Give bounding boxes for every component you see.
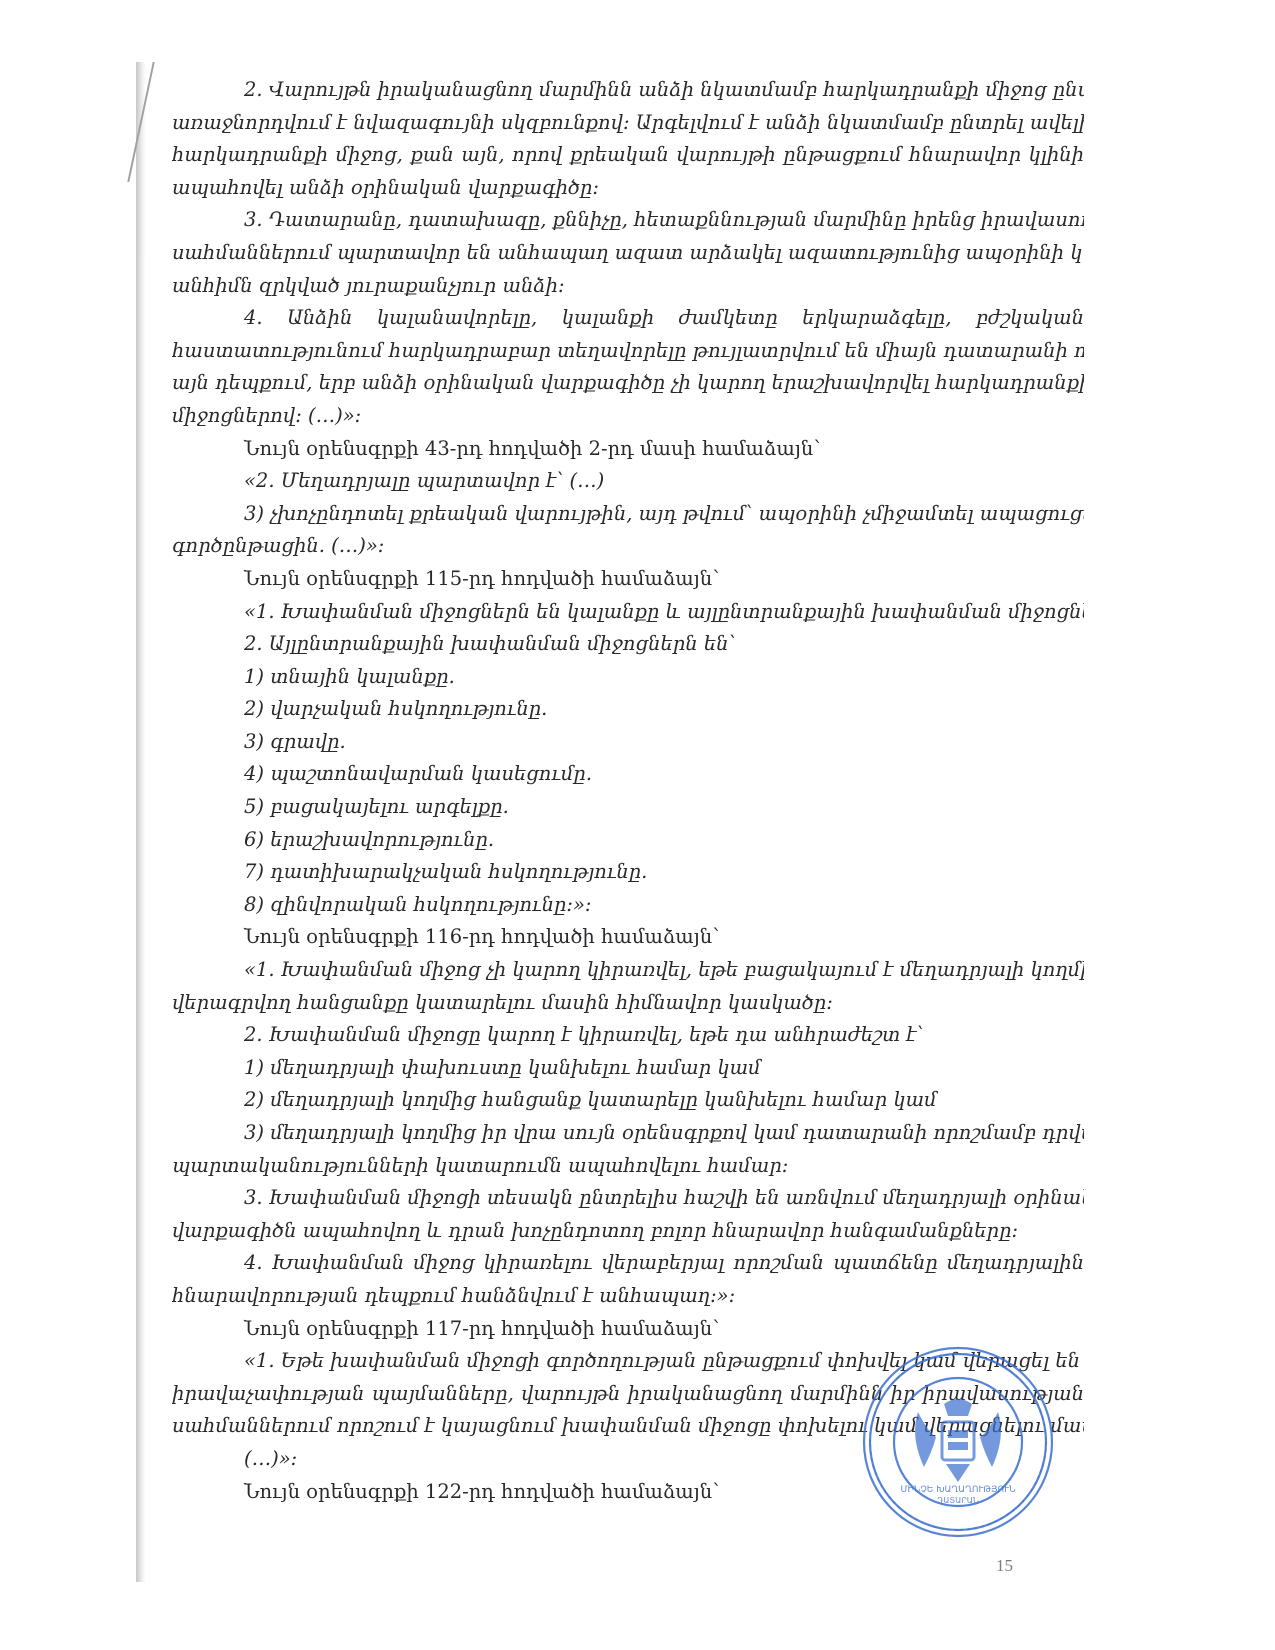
text-line: միջոցներով: (…)»:	[172, 400, 1084, 433]
text-line: սահմաններում պարտավոր են անհապաղ ազատ ար…	[172, 237, 1084, 270]
text-line: 1) տնային կալանքը.	[172, 661, 1084, 694]
text-line: 5) բացակայելու արգելքը.	[172, 791, 1084, 824]
official-seal-icon: ՄԻՆՉԵ ԽԱՂԱՂՈՒԹՅՈՒՆ ԴԱՏԱՐԱՆ	[858, 1342, 1058, 1542]
text-line: 2) վարչական հսկողությունը.	[172, 693, 1084, 726]
text-line: 3. Դատարանը, դատախազը, քննիչը, հետաքննու…	[172, 204, 1084, 237]
text-line: «1. Խափանման միջոցներն են կալանքը և այլը…	[172, 596, 1084, 629]
text-line: պարտականությունների կատարումն ապահովելու…	[172, 1150, 1084, 1183]
text-line: 3) գրավը.	[172, 726, 1084, 759]
text-line: 2. Խափանման միջոցը կարող է կիրառվել, եթե…	[172, 1019, 1084, 1052]
text-line: այն դեպքում, երբ անձի օրինական վարքագիծը…	[172, 367, 1084, 400]
text-line: 3) չխոչընդոտել քրեական վարույթին, այդ թվ…	[172, 498, 1084, 531]
text-line: 4. Խափանման միջոց կիրառելու վերաբերյալ ո…	[172, 1247, 1084, 1280]
text-line: հարկադրանքի միջոց, քան այն, որով քրեական…	[172, 139, 1084, 172]
text-line: հաստատությունում հարկադրաբար տեղավորելը …	[172, 335, 1084, 368]
text-line: 4) պաշտոնավարման կասեցումը.	[172, 758, 1084, 791]
svg-text:ՄԻՆՉԵ ԽԱՂԱՂՈՒԹՅՈՒՆ: ՄԻՆՉԵ ԽԱՂԱՂՈՒԹՅՈՒՆ	[900, 1485, 1016, 1495]
text-line: Նույն օրենսգրքի 43-րդ հոդվածի 2-րդ մասի …	[172, 433, 1084, 466]
text-line: «2. Մեղադրյալը պարտավոր է՝ (…)	[172, 465, 1084, 498]
text-line: 2. Վարույթն իրականացնող մարմինն անձի նկա…	[172, 74, 1084, 107]
text-line: վերագրվող հանցանքը կատարելու մասին հիմնա…	[172, 987, 1084, 1020]
page-number: 15	[996, 1556, 1013, 1576]
svg-text:ԴԱՏԱՐԱՆ: ԴԱՏԱՐԱՆ	[937, 1496, 979, 1505]
text-line: առաջնորդվում է նվազագույնի սկզբունքով: Ա…	[172, 107, 1084, 140]
page-edge-shadow	[136, 62, 146, 1582]
text-line: գործընթացին. (…)»:	[172, 530, 1084, 563]
text-line: 7) դատիխարակչական հսկողությունը.	[172, 856, 1084, 889]
text-line: 2) մեղադրյալի կողմից հանցանք կատարելը կա…	[172, 1084, 1084, 1117]
text-line: 6) երաշխավորությունը.	[172, 824, 1084, 857]
text-line: ապահովել անձի օրինական վարքագիծը:	[172, 172, 1084, 205]
text-line: 2. Այլընտրանքային խափանման միջոցներն են՝	[172, 628, 1084, 661]
text-line: 3) մեղադրյալի կողմից իր վրա սույն օրենսգ…	[172, 1117, 1084, 1150]
document-body: 2. Վարույթն իրականացնող մարմինն անձի նկա…	[172, 74, 1084, 1508]
text-line: «1. Խափանման միջոց չի կարող կիրառվել, եթ…	[172, 954, 1084, 987]
text-line: Նույն օրենսգրքի 117-րդ հոդվածի համաձայն՝	[172, 1313, 1084, 1346]
text-line: վարքագիծն ապահովող և դրան խոչընդոտող բոլ…	[172, 1215, 1084, 1248]
text-line: 3. Խափանման միջոցի տեսակն ընտրելիս հաշվի…	[172, 1182, 1084, 1215]
text-line: Նույն օրենսգրքի 116-րդ հոդվածի համաձայն՝	[172, 921, 1084, 954]
text-line: 1) մեղադրյալի փախուստը կանխելու համար կա…	[172, 1052, 1084, 1085]
text-line: անհիմն զրկված յուրաքանչյուր անձի:	[172, 270, 1084, 303]
text-line: հնարավորության դեպքում հանձնվում է անհապ…	[172, 1280, 1084, 1313]
text-line: 8) զինվորական հսկողությունը:»:	[172, 889, 1084, 922]
text-line: 4. Անձին կալանավորելը, կալանքի ժամկետը ե…	[172, 302, 1084, 335]
text-line: Նույն օրենսգրքի 115-րդ հոդվածի համաձայն՝	[172, 563, 1084, 596]
